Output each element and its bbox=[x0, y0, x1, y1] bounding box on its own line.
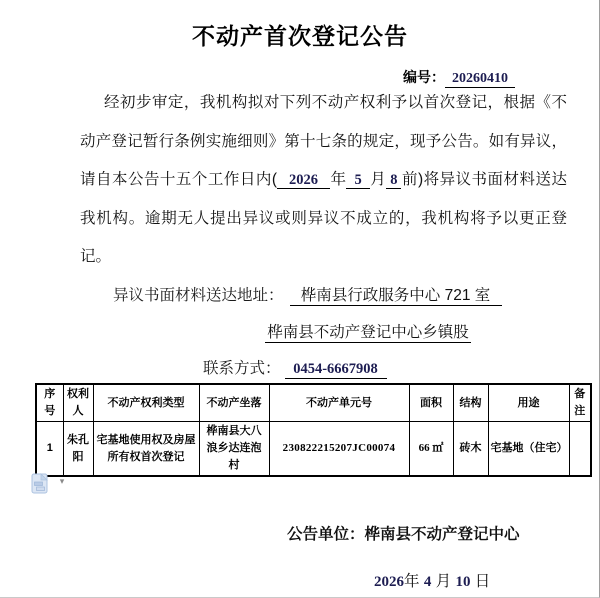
table-row: 1 朱孔阳 宅基地使用权及房屋所有权首次登记 桦南县大八浪乡达连泡村 23082… bbox=[36, 422, 591, 477]
date-day: 10 bbox=[455, 574, 470, 590]
objection-address-value-1: 桦南县行政服务中心 721 室 bbox=[290, 283, 502, 306]
date-day-suffix: 日 bbox=[470, 573, 490, 590]
header-unit-no: 不动产单元号 bbox=[269, 384, 409, 422]
contact-phone: 0454-6667908 bbox=[285, 361, 387, 379]
cell-seq: 1 bbox=[36, 422, 63, 477]
header-location: 不动产坐落 bbox=[199, 384, 269, 422]
deadline-year: 2026 bbox=[277, 172, 330, 189]
header-area: 面积 bbox=[409, 384, 453, 422]
date-year: 2026 bbox=[374, 574, 404, 590]
contact-line: 联系方式：0454-6667908 bbox=[203, 356, 387, 379]
issuer-name: 桦南县不动产登记中心 bbox=[365, 526, 520, 543]
header-remark: 备注 bbox=[569, 384, 591, 422]
registration-table: 序号 权利人 不动产权利类型 不动产坐落 不动产单元号 面积 结构 用途 备注 … bbox=[35, 383, 592, 477]
announcement-date: 2026年 4 月 10 日 bbox=[374, 569, 490, 591]
issuer-label: 公告单位： bbox=[287, 526, 365, 543]
day-suffix: 前) bbox=[401, 171, 423, 188]
year-suffix: 年 bbox=[330, 171, 346, 188]
table-header-row: 序号 权利人 不动产权利类型 不动产坐落 不动产单元号 面积 结构 用途 备注 bbox=[36, 384, 591, 422]
issuer-line: 公告单位：桦南县不动产登记中心 bbox=[287, 522, 520, 544]
cell-remark bbox=[569, 422, 591, 477]
header-seq: 序号 bbox=[36, 384, 63, 422]
month-suffix: 月 bbox=[370, 171, 386, 188]
document-number-label: 编号： bbox=[403, 69, 445, 85]
date-year-suffix: 年 bbox=[404, 573, 424, 590]
contact-label: 联系方式： bbox=[203, 360, 281, 377]
cell-area: 66 ㎡ bbox=[409, 422, 453, 477]
objection-address-line-2: 桦南县不动产登记中心乡镇股 bbox=[265, 320, 471, 343]
paste-options-button[interactable]: ▾ bbox=[30, 473, 70, 497]
announcement-body: 经初步审定，我机构拟对下列不动产权利予以首次登记，根据《不动产登记暂行条例实施细… bbox=[80, 84, 567, 277]
cell-location: 桦南县大八浪乡达连泡村 bbox=[199, 422, 269, 477]
header-usage: 用途 bbox=[488, 384, 569, 422]
header-right-type: 不动产权利类型 bbox=[93, 384, 199, 422]
objection-address-line: 异议书面材料送达地址：桦南县行政服务中心 721 室 bbox=[113, 283, 502, 306]
header-holder: 权利人 bbox=[63, 384, 93, 422]
paste-options-dropdown-icon[interactable]: ▾ bbox=[56, 477, 68, 486]
cell-structure: 砖木 bbox=[453, 422, 488, 477]
date-month-suffix: 月 bbox=[431, 573, 455, 590]
objection-address-value-2: 桦南县不动产登记中心乡镇股 bbox=[265, 320, 471, 343]
cell-usage: 宅基地（住宅） bbox=[488, 422, 569, 477]
objection-address-label: 异议书面材料送达地址： bbox=[113, 287, 284, 304]
cell-holder: 朱孔阳 bbox=[63, 422, 93, 477]
deadline-month: 5 bbox=[346, 172, 369, 189]
cell-unit-no: 230822215207JC00074 bbox=[269, 422, 409, 477]
header-structure: 结构 bbox=[453, 384, 488, 422]
deadline-day: 8 bbox=[386, 172, 401, 189]
page-title: 不动产首次登记公告 bbox=[0, 18, 600, 51]
announcement-document: 不动产首次登记公告 编号：20260410 经初步审定，我机构拟对下列不动产权利… bbox=[0, 0, 600, 598]
cell-right-type: 宅基地使用权及房屋所有权首次登记 bbox=[93, 422, 199, 477]
